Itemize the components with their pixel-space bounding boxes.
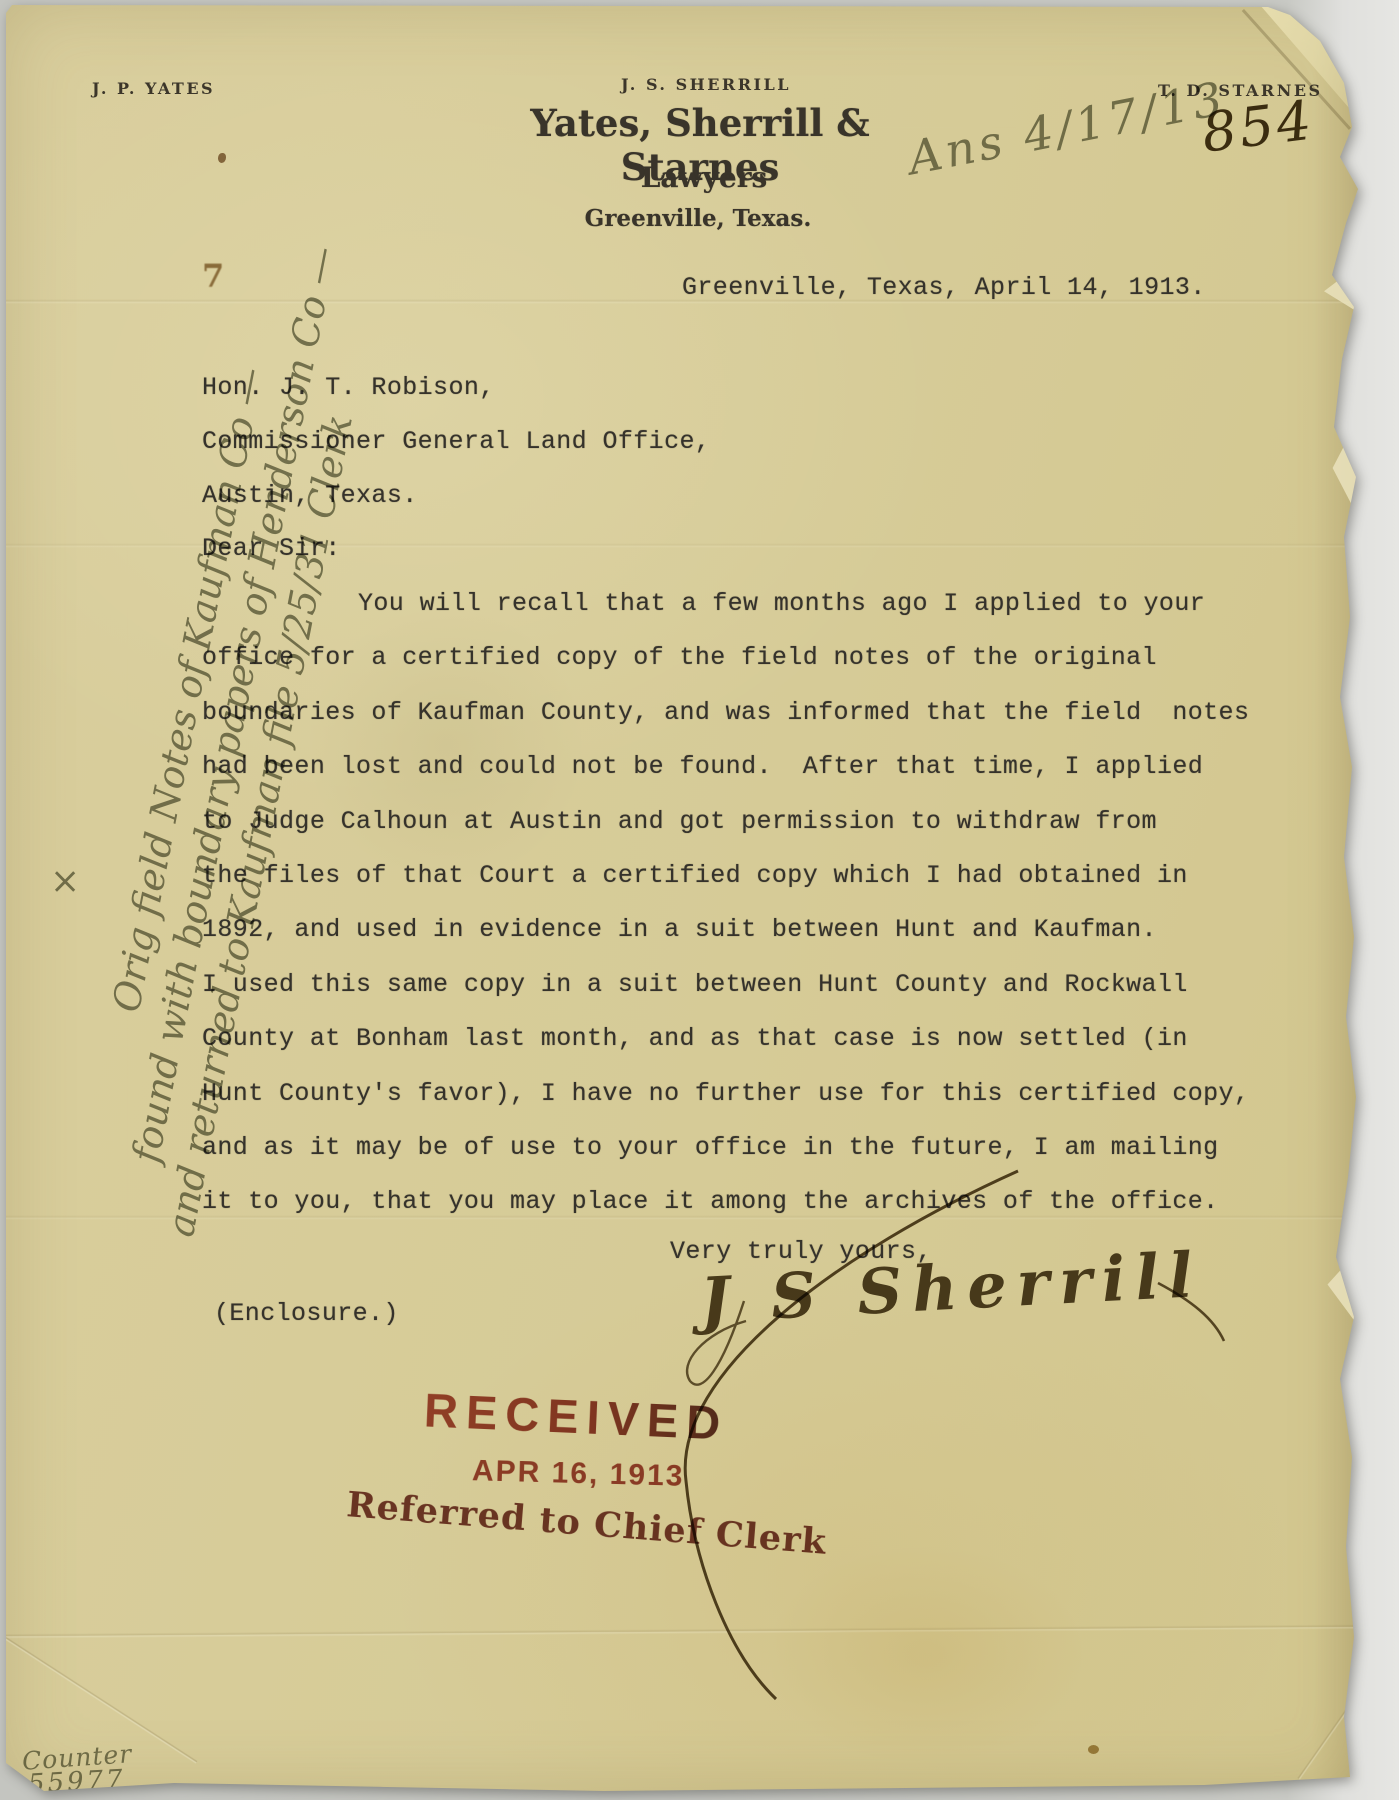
torn-edge-fiber xyxy=(1324,267,1356,311)
paper-sheet: J. P. YATES J. S. SHERRILL T. D. STARNES… xyxy=(6,5,1358,1791)
ink-fleck xyxy=(218,153,226,163)
letterhead-partner-center: J. S. SHERRILL xyxy=(566,75,846,94)
counter-number: 55977 xyxy=(27,1764,126,1799)
stray-mark: 7 xyxy=(202,257,224,295)
paper-surface: J. P. YATES J. S. SHERRILL T. D. STARNES… xyxy=(6,5,1358,1791)
ink-fleck xyxy=(1088,1745,1099,1754)
received-stamp-line3: Referred to Chief Clerk xyxy=(345,1484,828,1563)
body-line: You will recall that a few months ago I … xyxy=(202,577,1262,631)
body-line: Hunt County's favor), I have no further … xyxy=(202,1067,1262,1121)
body-line: I used this same copy in a suit between … xyxy=(202,958,1262,1012)
body-line: to Judge Calhoun at Austin and got permi… xyxy=(202,795,1262,849)
body-line: 1892, and used in evidence in a suit bet… xyxy=(202,903,1262,957)
letterhead-profession: Lawyers xyxy=(554,161,854,194)
fold-crease xyxy=(6,1624,1358,1638)
margin-check-mark: × xyxy=(50,861,80,902)
letterhead-partner-left: J. P. YATES xyxy=(92,79,215,98)
body-line: office for a certified copy of the field… xyxy=(202,631,1262,685)
received-stamp-line2: APR 16, 1913 xyxy=(472,1454,685,1494)
body-line: the files of that Court a certified copy… xyxy=(202,849,1262,903)
body-line: and as it may be of use to your office i… xyxy=(202,1121,1262,1175)
body-line: boundaries of Kaufman County, and was in… xyxy=(202,686,1262,740)
file-number: 854 xyxy=(1199,88,1318,164)
received-stamp-line1: RECEIVED xyxy=(423,1382,729,1450)
corner-crease xyxy=(1297,1614,1399,1780)
enclosure-note: (Enclosure.) xyxy=(214,1299,399,1328)
scanned-letter-page: J. P. YATES J. S. SHERRILL T. D. STARNES… xyxy=(0,0,1399,1800)
body-line: had been lost and could not be found. Af… xyxy=(202,740,1262,794)
dateline: Greenville, Texas, April 14, 1913. xyxy=(682,273,1206,302)
body-line: it to you, that you may place it among t… xyxy=(202,1175,1262,1229)
letterhead-location: Greenville, Texas. xyxy=(548,205,848,232)
answered-note: Ans 4/17/13 xyxy=(904,71,1231,186)
letter-body: You will recall that a few months ago I … xyxy=(202,577,1262,1230)
torn-edge-fiber xyxy=(1326,1253,1356,1323)
torn-edge-fiber xyxy=(1330,423,1356,513)
stain xyxy=(766,1545,1086,1765)
body-line: County at Bonham last month, and as that… xyxy=(202,1012,1262,1066)
